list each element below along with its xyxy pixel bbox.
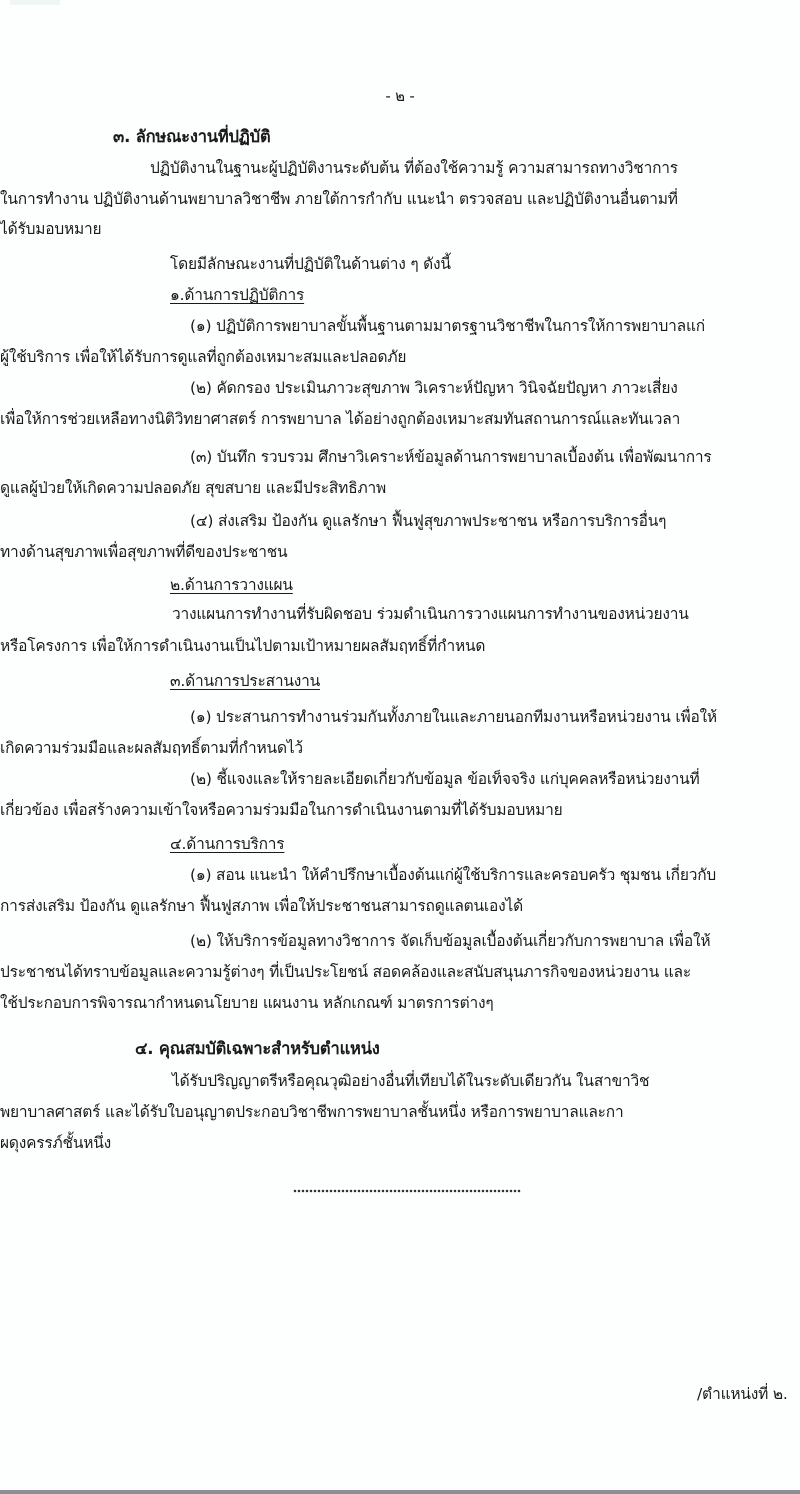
section3-intro-line: ปฏิบัติงานในฐานะผู้ปฏิบัติงานระดับต้น ที… bbox=[150, 157, 678, 179]
section3-heading: ๓. ลักษณะงานที่ปฏิบัติ bbox=[113, 126, 270, 148]
section4-line: ผดุงครรภ์ชั้นหนึ่ง bbox=[0, 1132, 111, 1154]
item-line: ทางด้านสุขภาพเพื่อสุขภาพที่ดีของประชาชน bbox=[0, 541, 287, 563]
section4-line: พยาบาลศาสตร์ และได้รับใบอนุญาตประกอบวิชา… bbox=[0, 1101, 623, 1123]
item-line: (๑) ประสานการทำงานร่วมกันทั้งภายในและภาย… bbox=[190, 706, 717, 728]
continuation-note: /ตำแหน่งที่ ๒. bbox=[697, 1383, 788, 1405]
item-line: เกิดความร่วมมือและผลสัมฤทธิ์ตามที่กำหนดไ… bbox=[0, 737, 303, 759]
scan-bottom-edge bbox=[0, 1490, 800, 1494]
area-title-coordination: ๓.ด้านการประสานงาน bbox=[170, 670, 320, 692]
item-line: หรือโครงการ เพื่อให้การดำเนินงานเป็นไปตา… bbox=[0, 635, 485, 657]
document-page: - ๒ - ๓. ลักษณะงานที่ปฏิบัติ ปฏิบัติงานใ… bbox=[0, 0, 800, 1494]
item-line: (๒) ชี้แจงและให้รายละเอียดเกี่ยวกับข้อมู… bbox=[190, 768, 700, 790]
section3-lead: โดยมีลักษณะงานที่ปฏิบัติในด้านต่าง ๆ ดัง… bbox=[170, 253, 451, 275]
item-line: (๒) ให้บริการข้อมูลทางวิชาการ จัดเก็บข้อ… bbox=[190, 930, 710, 952]
section4-line: ได้รับปริญญาตรีหรือคุณวุฒิอย่างอื่นที่เท… bbox=[172, 1070, 649, 1092]
item-line: วางแผนการทำงานที่รับผิดชอบ ร่วมดำเนินการ… bbox=[172, 603, 689, 625]
section3-intro-line: ได้รับมอบหมาย bbox=[0, 218, 101, 240]
item-line: ใช้ประกอบการพิจารณากำหนดนโยบาย แผนงาน หล… bbox=[0, 992, 493, 1014]
item-line: การส่งเสริม ป้องกัน ดูแลรักษา ฟื้นฟูสภาพ… bbox=[0, 895, 523, 917]
item-line: (๑) ปฏิบัติการพยาบาลขั้นพื้นฐานตามมาตรฐา… bbox=[190, 315, 705, 337]
section4-heading: ๔. คุณสมบัติเฉพาะสำหรับตำแหน่ง bbox=[135, 1038, 380, 1060]
item-line: ประชาชนได้ทราบข้อมูลและความรู้ต่างๆ ที่เ… bbox=[0, 961, 691, 983]
area-title-operations: ๑.ด้านการปฏิบัติการ bbox=[170, 284, 304, 306]
dotted-separator bbox=[293, 1189, 521, 1193]
item-line: ดูแลผู้ป่วยให้เกิดความปลอดภัย สุขสบาย แล… bbox=[0, 477, 386, 499]
scan-artifact bbox=[10, 0, 60, 5]
item-line: (๑) สอน แนะนำ ให้คำปรึกษาเบื้องต้นแก่ผู้… bbox=[190, 864, 716, 886]
item-line: (๒) คัดกรอง ประเมินภาวะสุขภาพ วิเคราะห์ป… bbox=[190, 377, 678, 399]
item-line: เกี่ยวข้อง เพื่อสร้างความเข้าใจหรือความร… bbox=[0, 799, 563, 821]
item-line: (๓) บันทึก รวบรวม ศึกษาวิเคราะห์ข้อมูลด้… bbox=[190, 446, 712, 468]
item-line: ผู้ใช้บริการ เพื่อให้ได้รับการดูแลที่ถูก… bbox=[0, 346, 406, 368]
item-line: (๔) ส่งเสริม ป้องกัน ดูแลรักษา ฟื้นฟูสุข… bbox=[190, 510, 666, 532]
item-line: เพื่อให้การช่วยเหลือทางนิติวิทยาศาสตร์ ก… bbox=[0, 408, 680, 430]
area-title-service: ๔.ด้านการบริการ bbox=[170, 833, 284, 855]
page-number: - ๒ - bbox=[0, 85, 800, 107]
area-title-planning: ๒.ด้านการวางแผน bbox=[170, 574, 293, 596]
section3-intro-line: ในการทำงาน ปฏิบัติงานด้านพยาบาลวิชาชีพ ภ… bbox=[0, 188, 678, 210]
